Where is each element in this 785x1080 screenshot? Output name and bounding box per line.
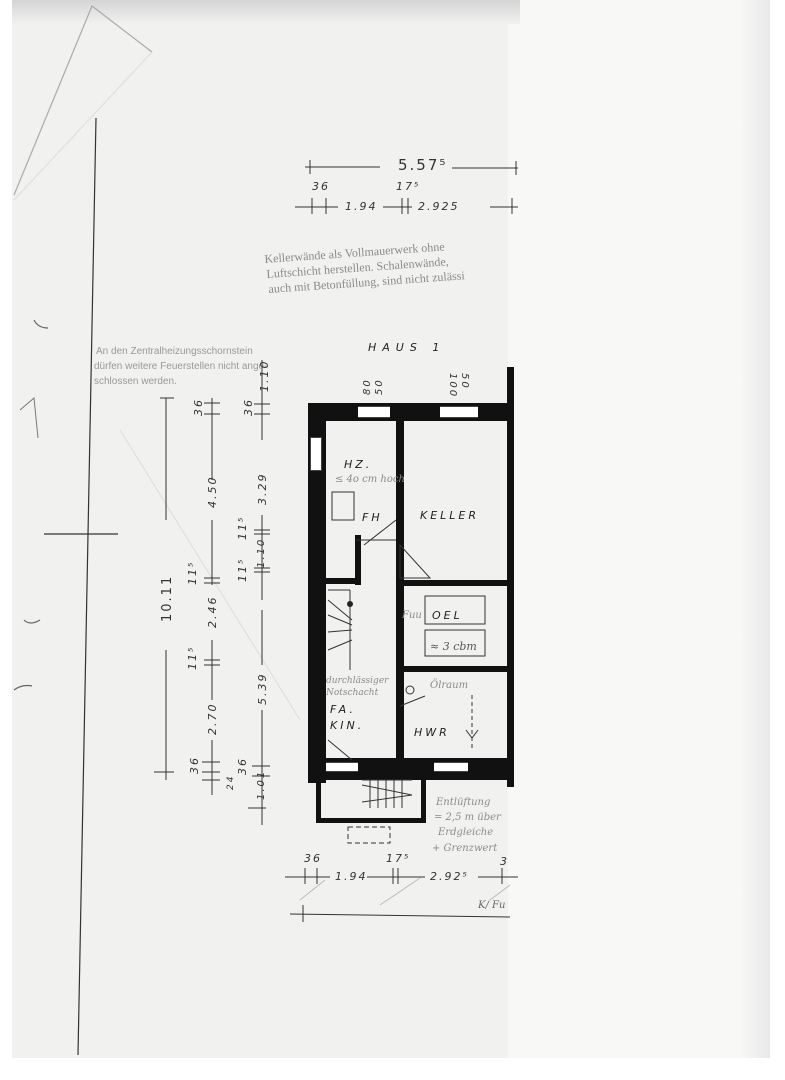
room-note-fakin-2: Notschacht: [326, 688, 378, 698]
dim-top-2925: 2.925: [418, 200, 460, 213]
dim-inner-101: 1.01: [256, 770, 267, 800]
dim-left-115a: 11⁵: [186, 561, 199, 585]
room-label-keller: KELLER: [420, 509, 479, 522]
note-ventilation-4: + Grenzwert: [432, 843, 497, 854]
room-label-fakin: FA. KIN.: [330, 702, 370, 734]
dim-inner-329: 3.29: [256, 473, 269, 506]
note-chimney-line3: schlossen werden.: [94, 375, 177, 388]
dim-inner-110b: 1.10: [256, 538, 267, 568]
dim-left-246: 2.46: [206, 596, 219, 629]
dim-window2-h: 50: [459, 373, 470, 390]
dim-left-270: 2.70: [206, 703, 219, 736]
scan-blank-area: [508, 0, 770, 1058]
dim-window1-w: 80: [362, 378, 373, 395]
dim-left-total: 10.11: [160, 575, 175, 622]
scan-shadow-right: [740, 0, 770, 1058]
room-note-hwr: Ölraum: [430, 680, 468, 691]
room-label-fh: FH: [362, 511, 383, 524]
dim-inner-36: 36: [242, 398, 255, 416]
dim-inner-115b: 11⁵: [236, 558, 249, 582]
dim-left-450: 4.50: [206, 476, 219, 509]
drawing-title: HAUS 1: [368, 341, 445, 354]
dim-left-24: 24: [226, 775, 236, 790]
dim-left-36b: 36: [188, 756, 201, 774]
dim-bottom-194: 1.94: [335, 870, 368, 883]
dim-top-175: 17⁵: [396, 180, 420, 193]
dim-top-194: 1.94: [345, 200, 378, 213]
dim-top-total: 5.57⁵: [398, 156, 447, 174]
dim-left-115b: 11⁵: [186, 646, 199, 670]
room-label-oel: OEL: [432, 609, 463, 622]
signature: K/ Fu: [478, 900, 505, 911]
dim-inner-115a: 11⁵: [236, 516, 249, 540]
note-ventilation-2: = 2,5 m über: [434, 812, 501, 823]
dim-inner-539: 5.39: [256, 673, 269, 706]
note-ventilation-3: Erdgleiche: [438, 827, 493, 838]
room-label-hz: HZ.: [344, 458, 372, 471]
dim-bottom-2925: 2.92⁵: [430, 870, 469, 883]
dim-inner-36b: 36: [236, 757, 249, 775]
note-chimney-line1: An den Zentralheizungsschornstein: [96, 345, 253, 358]
dim-window1-h: 50: [374, 378, 385, 395]
dim-left-36: 36: [192, 398, 205, 416]
plan-details: [300, 400, 520, 850]
dim-window2-w: 100: [447, 373, 458, 398]
note-chimney-line2: dürfen weitere Feuerstellen nicht ange-: [94, 360, 267, 373]
room-label-tank: ≈ 3 cbm: [430, 640, 477, 653]
room-note-hz: ≤ 4o cm hoch: [335, 474, 405, 485]
oel-side-note: Fuu: [402, 610, 422, 621]
note-ventilation-1: Entlüftung: [436, 797, 490, 808]
dim-top-36: 36: [312, 180, 330, 193]
room-note-fakin-1: durchlässiger: [326, 676, 388, 686]
dim-inner-110a: 1.10: [258, 360, 271, 393]
dim-bottom-36: 36: [304, 852, 322, 865]
dim-bottom-3: 3: [500, 855, 509, 868]
room-label-hwr: HWR: [414, 726, 450, 739]
dim-bottom-175: 17⁵: [386, 852, 410, 865]
